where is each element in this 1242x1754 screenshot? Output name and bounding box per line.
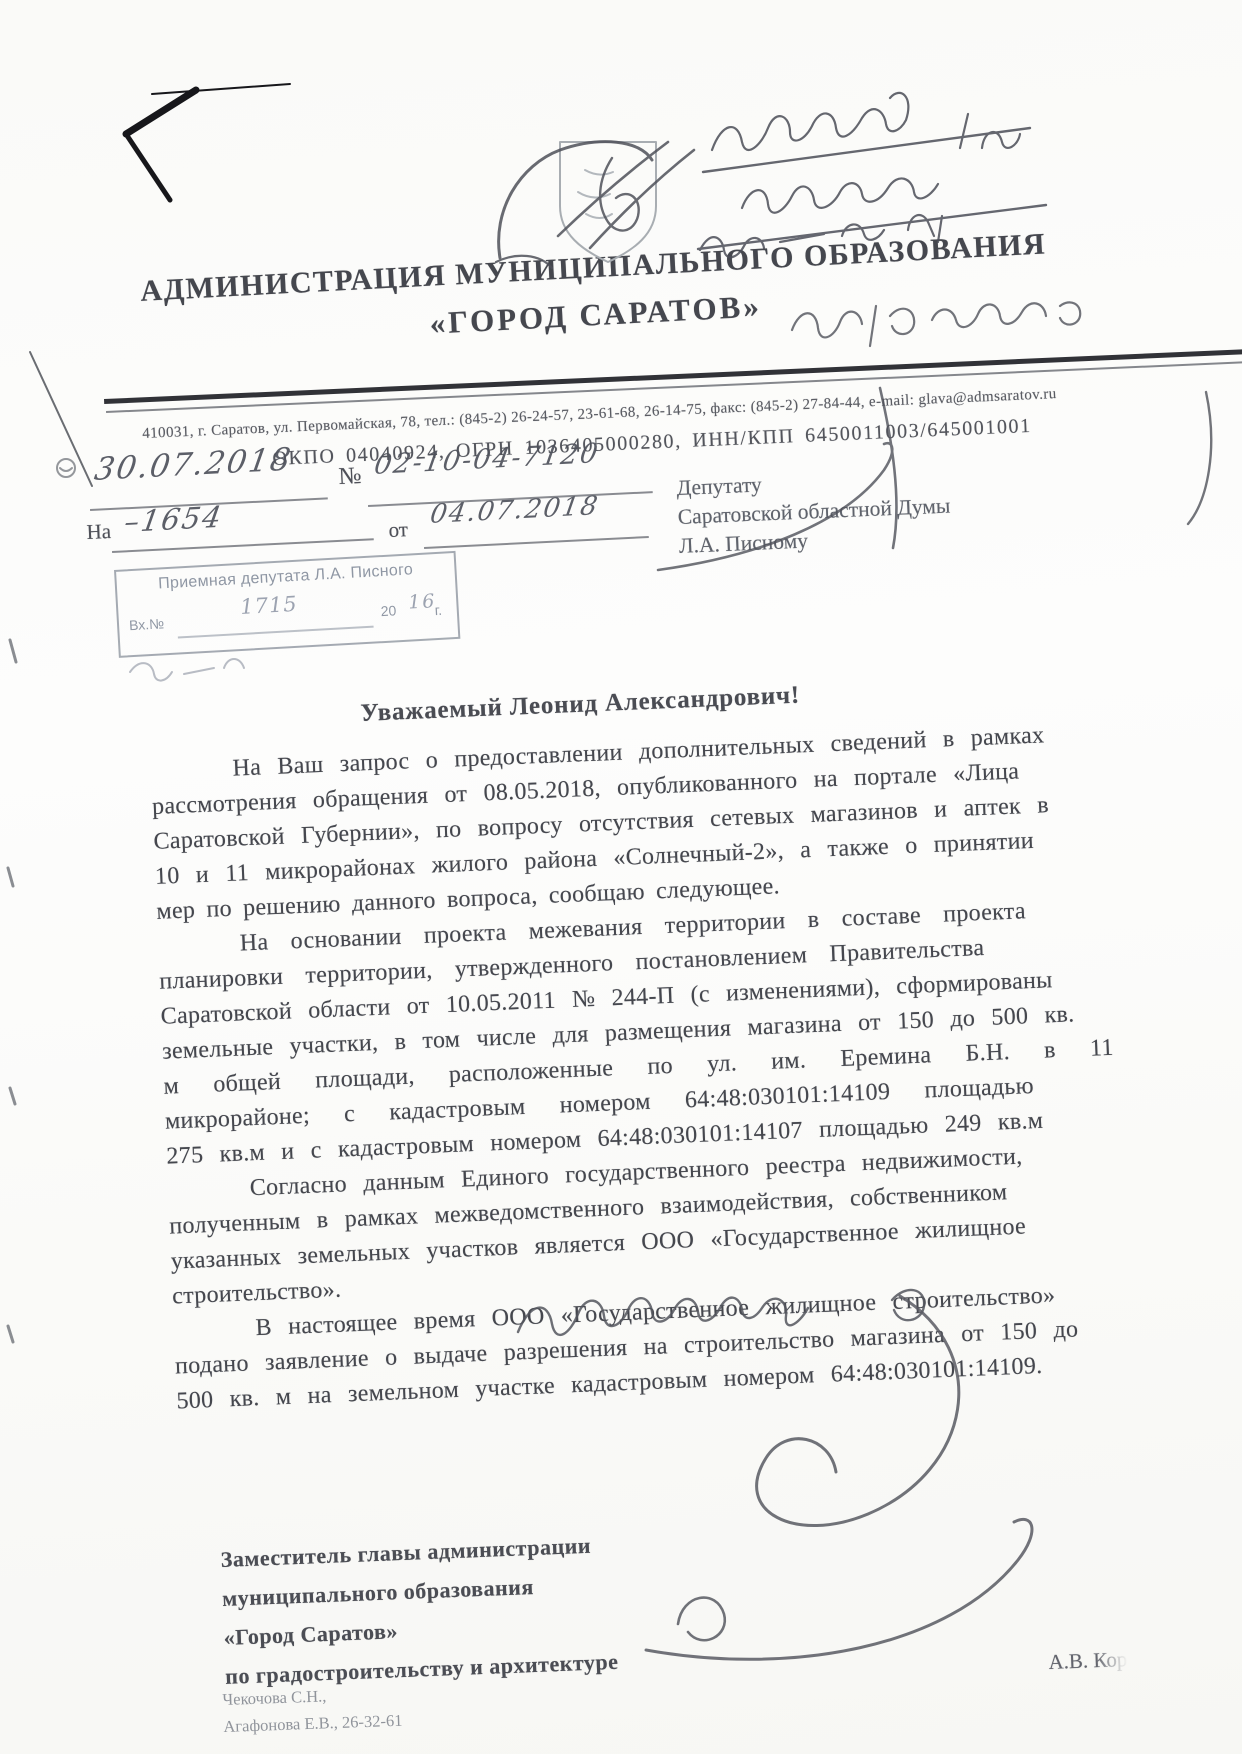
contact-line: Агафонова Е.В., 26-32-61 — [223, 1707, 403, 1740]
signature-underline-flourish — [646, 1519, 1032, 1659]
letter-body: На Ваш запрос о предоставлении дополните… — [150, 707, 1242, 1419]
coat-of-arms-icon — [560, 142, 656, 262]
scanned-letter-page: АДМИНИСТРАЦИЯ МУНИЦИПАЛЬНОГО ОБРАЗОВАНИЯ… — [0, 0, 1242, 1754]
signature-position-block: Заместитель главы администрации муниципа… — [220, 1525, 619, 1696]
outgoing-date-handwritten: 30.07.2018 — [92, 441, 295, 488]
paper-edge-ticks — [8, 352, 92, 1342]
salutation: Уважаемый Леонид Александрович! — [360, 682, 801, 728]
incoming-stamp-box: Приемная депутата Л.А. Писного Вх.№ 1715… — [114, 551, 460, 658]
incoming-label: На — [86, 519, 112, 545]
corner-fold-mark — [126, 84, 290, 200]
form-underline — [424, 536, 649, 549]
form-underline — [112, 538, 374, 553]
stamp-title: Приемная депутата Л.А. Писного — [116, 559, 454, 596]
letterhead-rule-thick — [104, 346, 1242, 404]
from-label: от — [388, 517, 408, 543]
number-label: № — [338, 463, 362, 491]
stamp-incoming-label: Вх.№ — [129, 615, 165, 633]
signer-name: А.В. Кор — [1048, 1647, 1128, 1675]
contacts-block: Чекочова С.Н., Агафонова Е.В., 26-32-61 — [222, 1680, 403, 1740]
stamp-year-suffix: г. — [434, 602, 442, 618]
stamp-year-handwritten: 16 — [408, 590, 437, 614]
stamp-incoming-number-handwritten: 1715 — [240, 592, 299, 619]
hole-punch-mark — [57, 459, 75, 477]
stamp-bottom-scrawl — [130, 659, 244, 681]
letterhead-org-name: АДМИНИСТРАЦИЯ МУНИЦИПАЛЬНОГО ОБРАЗОВАНИЯ… — [118, 226, 1071, 358]
signature-small-loop — [678, 1598, 725, 1641]
pen-underline — [703, 128, 1030, 172]
stamp-underline — [178, 626, 374, 638]
stamp-year-prefix: 20 — [380, 602, 396, 619]
recipient-block: Депутату Саратовской областной Думы Л.А.… — [676, 463, 952, 561]
